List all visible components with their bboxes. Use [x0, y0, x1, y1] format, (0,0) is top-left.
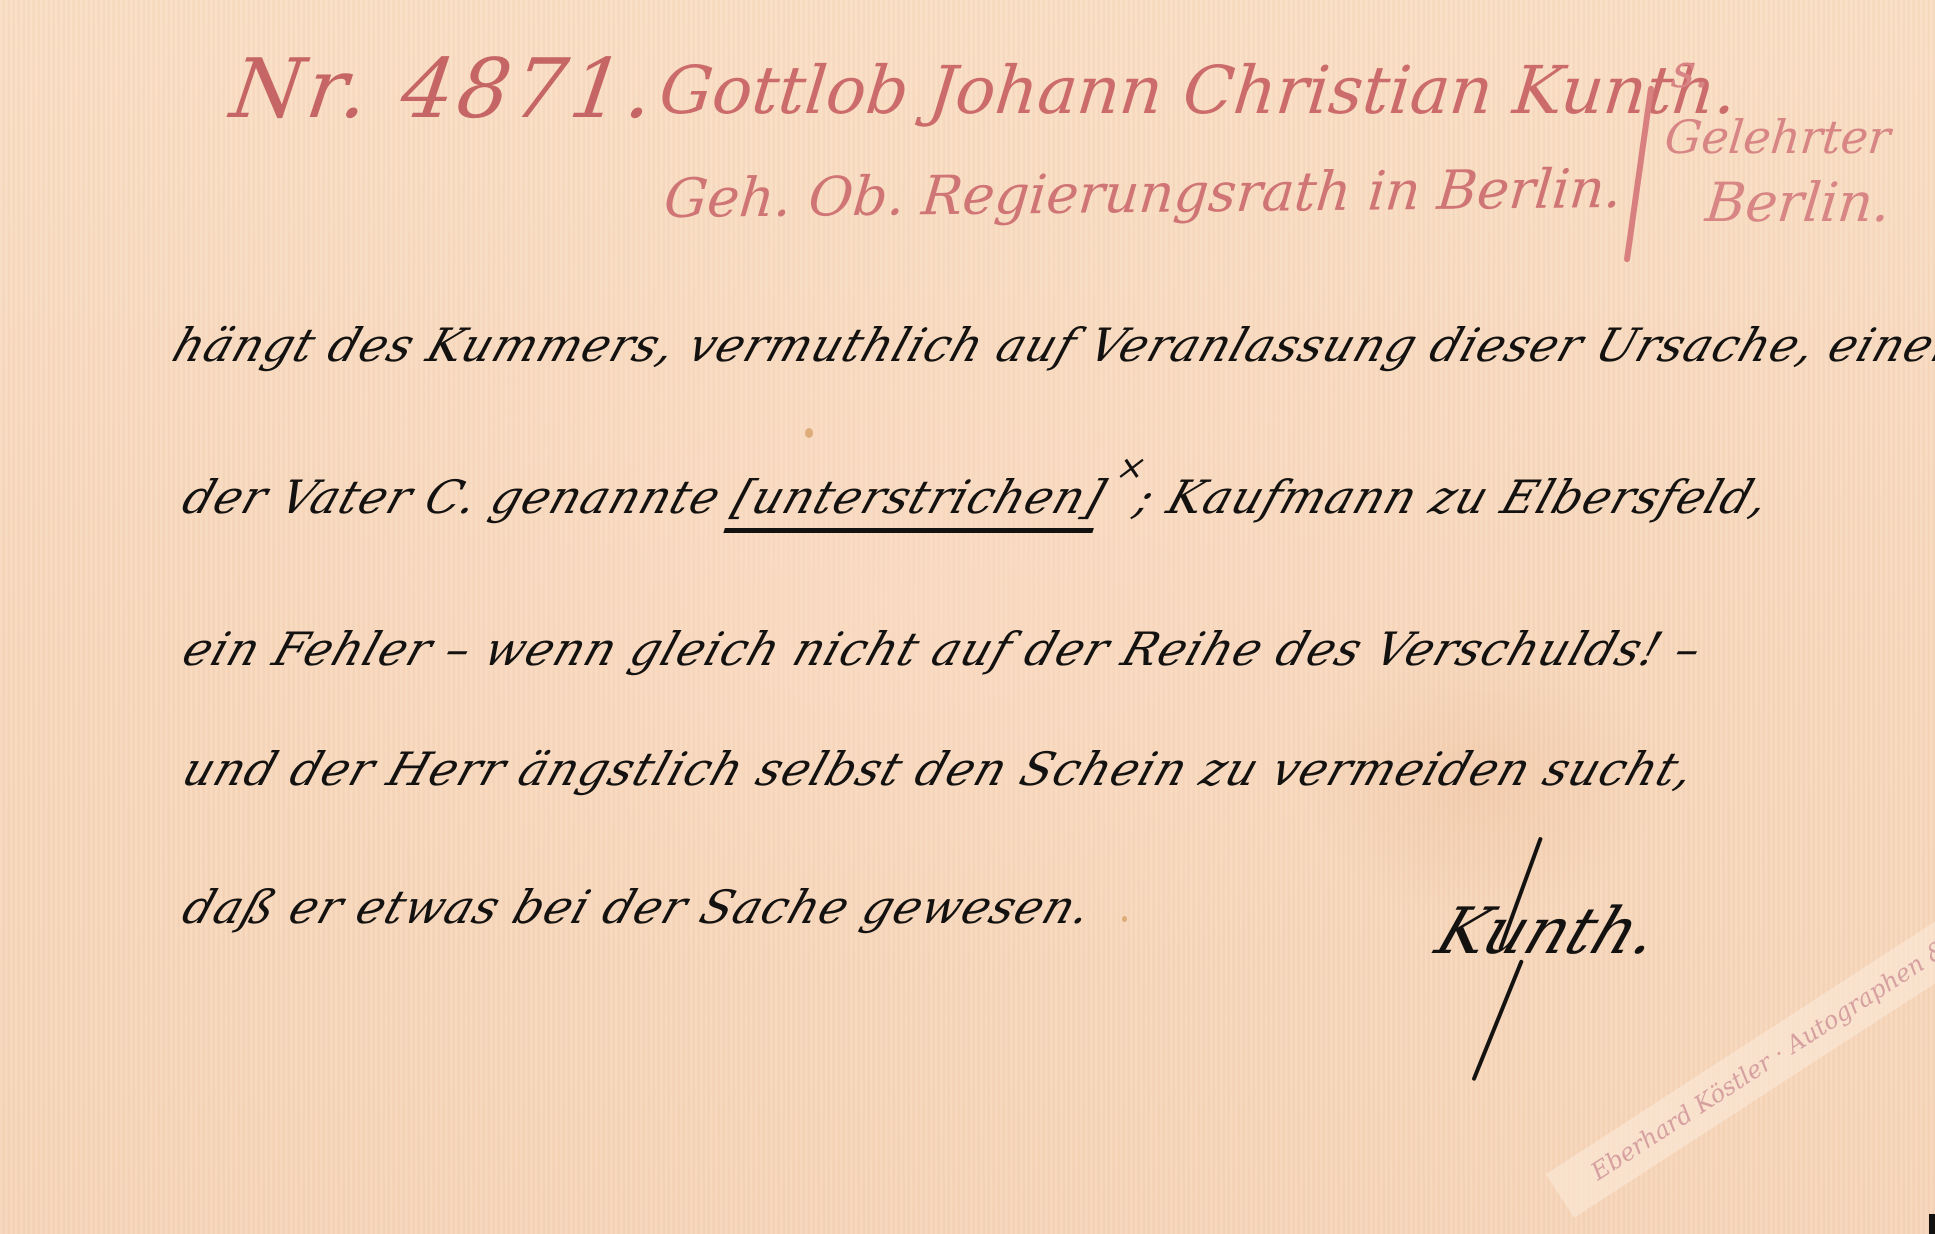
body-line-1: hängt des Kummers, vermuthlich auf Veran… [166, 318, 1935, 372]
underlined-word: [unterstrichen] [723, 470, 1112, 533]
body-line-2-start: der Vater C. genannte [176, 470, 744, 524]
body-line-2: der Vater C. genannte [unterstrichen]×; … [176, 470, 1777, 524]
signature-flourish-bottom [1471, 959, 1523, 1081]
body-line-5: daß er etwas bei der Sache gewesen. [176, 880, 1099, 934]
ink-stain [1122, 916, 1127, 922]
body-line-2-end: ; Kaufmann zu Elbersfeld, [1129, 470, 1777, 524]
letter-body: hängt des Kummers, vermuthlich auf Veran… [0, 0, 1935, 1234]
body-line-3: ein Fehler – wenn gleich nicht auf der R… [176, 622, 1709, 676]
body-line-4: und der Herr ängstlich selbst den Schein… [176, 742, 1702, 796]
signature: Kunth. [1427, 895, 1670, 969]
ink-stain [805, 428, 813, 438]
document-sheet: Nr. 4871. Gottlob Johann Christian Kunth… [0, 0, 1935, 1234]
